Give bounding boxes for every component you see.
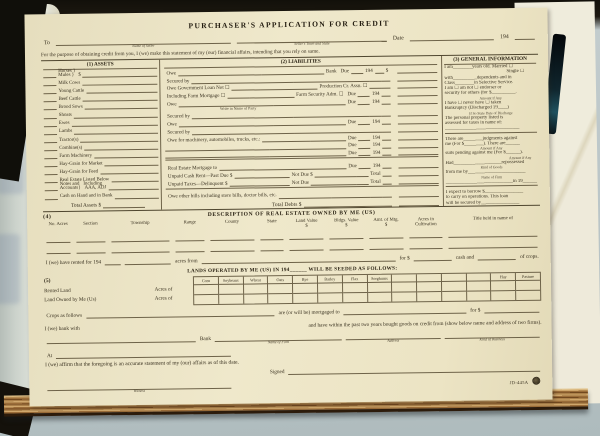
year-blank — [383, 172, 392, 177]
real-estate-column-header: Section — [73, 221, 108, 231]
liability-blank — [293, 77, 369, 83]
real-estate-column: No. Acres — [43, 222, 73, 254]
crop-entry-blank — [492, 291, 516, 300]
real-estate-column: Township — [108, 221, 173, 254]
asset-value-blank — [105, 161, 159, 167]
crop-entry-blank — [343, 283, 367, 293]
year-blank — [382, 143, 391, 148]
real-estate-entry-blank — [290, 229, 324, 240]
asset-value-blank — [83, 96, 158, 102]
asset-qty-blank — [44, 130, 57, 135]
asset-qty-blank — [43, 89, 56, 94]
year-blank — [383, 179, 392, 184]
form-number: JD-445A — [510, 380, 529, 385]
asset-label: Horses } Mules } — [56, 69, 77, 78]
cash-and-label: cash and — [456, 255, 474, 261]
asset-label: Hay-Grain for Market — [57, 162, 104, 167]
year-blank — [382, 128, 391, 133]
asset-value-blank — [84, 145, 158, 151]
real-estate-entry-blank — [409, 238, 443, 249]
due-date-blank — [359, 151, 371, 156]
crop-entry-blank — [268, 284, 292, 294]
ink-smudge — [0, 234, 20, 304]
real-estate-column: Amt. of Mtg.$ — [366, 217, 406, 250]
crop-entry-blank — [293, 284, 317, 294]
firm-address-blank: Address — [346, 334, 441, 340]
crop-column: Pasture — [516, 273, 540, 300]
form-page: PURCHASER'S APPLICATION FOR CREDIT To Na… — [24, 8, 552, 407]
crop-entry-blank — [194, 285, 218, 295]
seller-name-blank: Name of Seller — [56, 39, 231, 46]
liability-blank — [274, 120, 346, 126]
real-estate-column-header: Land Value$ — [287, 219, 327, 230]
cash-amount-blank — [414, 256, 452, 261]
crop-entry-blank — [318, 283, 342, 293]
asset-row: Hay-Grain for Feed — [44, 166, 158, 176]
crop-entry-blank — [392, 292, 416, 301]
year-blank — [382, 92, 391, 97]
mortgaged-to-label: are (or will be) mortgaged to — [279, 309, 340, 316]
liability-blank — [315, 172, 356, 178]
real-estate-column-header: Amt. of Mtg.$ — [366, 217, 406, 228]
to-label: To — [44, 40, 50, 46]
crop-column: Oats — [268, 276, 293, 303]
asset-row: Brood Sows — [44, 101, 158, 111]
real-estate-entry-blank — [76, 242, 105, 253]
due-date-blank — [359, 164, 371, 169]
asset-label: Farm Machinery — [57, 154, 94, 159]
real-estate-entry-blank — [449, 237, 538, 249]
asset-label: Notes andIncluding Accounts}AAA, ADJ — [58, 182, 109, 191]
for-dollar-label: for $ — [400, 255, 410, 261]
crop-entry-blank — [516, 281, 540, 291]
crop-entry-blank — [467, 291, 491, 300]
bank-caption: Bank — [200, 336, 211, 342]
total-assets-blank — [103, 202, 145, 208]
crop-entry-blank — [467, 281, 491, 291]
liability-blank — [234, 173, 289, 179]
due-date-blank — [370, 128, 382, 133]
liability-blank — [274, 100, 346, 106]
crop-column — [417, 274, 442, 301]
real-estate-entry-blank — [330, 239, 364, 250]
liability-blank — [331, 192, 371, 198]
amount-blank — [399, 163, 439, 169]
bank-name-blank — [47, 337, 196, 344]
real-estate-entry-blank — [409, 227, 443, 238]
crop-entry-blank — [194, 295, 218, 304]
firm-caption: Name of Firm — [215, 339, 342, 345]
asset-label: Cash on Hand and in Bank — [58, 194, 115, 199]
real-estate-column: State — [257, 219, 287, 251]
asset-qty-blank — [44, 114, 57, 119]
address-caption: Address — [346, 338, 441, 344]
crop-column: Corn — [194, 277, 219, 304]
liability-blank — [292, 164, 347, 170]
year-blank — [381, 84, 390, 89]
firm-business-blank: Kind of Business — [445, 333, 540, 339]
main-columns: (1) ASSETS Horses } Mules } $ Milk Cows — [41, 54, 540, 212]
assets-column: (1) ASSETS Horses } Mules } $ Milk Cows — [41, 60, 161, 212]
year-blank — [375, 69, 384, 74]
crop-entry-blank — [491, 281, 515, 291]
amount-blank — [398, 119, 438, 125]
asset-label: Ewes — [57, 122, 72, 126]
asset-value-blank — [86, 88, 158, 94]
year-blank — [382, 112, 391, 117]
lands-row-labels: (5) Rented Land Acres of Land Owned by M… — [44, 276, 193, 307]
asset-row: Combine(s) — [44, 142, 158, 152]
firm-name-blank: Name of Firm — [215, 335, 342, 342]
due-date-blank — [356, 180, 368, 185]
asset-qty-blank — [45, 195, 58, 200]
asset-row: Tractor(s) — [44, 133, 158, 143]
year-blank — [383, 192, 392, 197]
asset-label: Young Cattle — [56, 90, 86, 95]
general-info-lines: I am________years old. Married ☐Single ☐… — [444, 64, 538, 206]
crop-entry-blank — [442, 292, 466, 301]
crop-column — [392, 274, 417, 301]
real-estate-entry-blank — [260, 229, 284, 240]
amount-blank — [398, 135, 438, 141]
amount-blank — [399, 171, 439, 177]
liability-blank — [229, 181, 289, 187]
asset-qty-blank — [43, 81, 56, 86]
section-4-number: (4) — [43, 214, 51, 220]
real-estate-entry-blank — [176, 241, 205, 252]
due-date-blank — [371, 202, 383, 207]
amount-blank — [398, 111, 438, 117]
year-blank — [383, 202, 392, 207]
real-estate-column-header: State — [257, 219, 287, 229]
real-estate-entry-blank — [210, 240, 254, 252]
lands-operated-section: (5) Rented Land Acres of Land Owned by M… — [44, 272, 541, 308]
due-date-blank — [369, 76, 381, 81]
asset-row: Young Cattle — [43, 85, 157, 95]
of-crops-label: of crops. — [520, 254, 539, 260]
seller-name-caption: Name of Seller — [56, 43, 231, 50]
asset-label: Combine(s) — [57, 146, 84, 151]
asset-value-blank — [82, 80, 157, 86]
liability-blank — [269, 144, 346, 150]
signature-blank — [289, 367, 541, 375]
asset-row: Ewes — [44, 117, 158, 127]
real-estate-entry-blank — [176, 230, 205, 241]
asset-label: Milk Cows — [56, 82, 82, 87]
rented-year-blank — [105, 260, 121, 265]
at-blank — [56, 352, 231, 359]
crop-entry-blank — [442, 282, 466, 292]
real-estate-entry-blank — [111, 231, 170, 243]
year-blank — [382, 135, 391, 140]
liability-blank — [261, 69, 323, 75]
crop-entry-blank — [417, 292, 441, 301]
crop-entry-blank — [244, 284, 268, 294]
asset-qty-blank — [45, 170, 58, 175]
asset-row: Lambs — [44, 125, 158, 135]
real-estate-entry-blank — [46, 243, 70, 254]
date-label: Date — [393, 35, 404, 41]
liabilities-column: (2) LIABILITIES Owe Bank Due 194 $ — [159, 56, 444, 210]
year-blank — [382, 151, 391, 156]
liability-blank — [311, 180, 356, 186]
union-label-emblem — [532, 377, 540, 385]
signed-label: Signed — [270, 369, 285, 375]
crops-blank — [86, 311, 275, 318]
amount-blank — [398, 91, 438, 97]
due-date-blank — [358, 120, 370, 125]
general-info-column: (3) GENERAL INFORMATION I am________year… — [442, 55, 540, 206]
liability-blank — [227, 94, 249, 99]
asset-label: Hay-Grain for Feed — [58, 170, 101, 175]
date-blank — [410, 35, 494, 41]
asset-label: Brood Sows — [57, 106, 85, 111]
real-estate-column: Bldgs. Value$ — [326, 218, 366, 251]
asset-label: Lambs — [57, 130, 74, 135]
asset-value-blank — [80, 137, 158, 143]
assets-rows: Horses } Mules } $ Milk Cows — [43, 69, 159, 200]
asset-qty-blank — [44, 146, 57, 151]
asset-value-blank — [114, 193, 159, 199]
asset-row: Shoats — [44, 109, 158, 119]
to-date-line: To Name of Seller Seller's Town and Stat… — [41, 34, 538, 47]
real-estate-section: (4) DESCRIPTION OF REAL ESTATE OWNED BY … — [43, 208, 540, 255]
general-info-line: will be secured by________________ — [446, 200, 538, 206]
seller-town-blank: Seller's Town and State — [237, 37, 387, 44]
asset-row: Beef Cattle — [44, 93, 158, 103]
amount-blank — [398, 127, 438, 133]
year-blank — [381, 76, 390, 81]
crop-entry-blank — [368, 283, 392, 293]
due-date-blank — [356, 172, 368, 177]
asset-label: Shoats — [57, 114, 74, 119]
amount-blank — [397, 68, 437, 74]
asset-qty-blank — [44, 162, 57, 167]
liability-blank — [303, 202, 342, 208]
crops-as-follows-label: Crops as follows — [46, 313, 82, 319]
real-estate-heading: DESCRIPTION OF REAL ESTATE OWNED BY ME (… — [208, 210, 376, 218]
asset-row: Notes andIncluding Accounts}AAA, ADJ — [45, 182, 159, 192]
liability-blank — [250, 93, 295, 99]
asset-value-blank — [94, 153, 159, 159]
real-estate-entry-blank — [330, 228, 364, 239]
liability-blank — [260, 85, 317, 91]
real-estate-column-header: Range — [172, 220, 207, 230]
business-caption: Kind of Business — [445, 337, 540, 343]
real-estate-column-header: Bldgs. Value$ — [326, 218, 366, 229]
year-blank — [382, 100, 391, 105]
asset-label: Tractor(s) — [57, 138, 80, 143]
liability-blank — [232, 86, 261, 91]
real-estate-table: No. Acres Section Township — [43, 216, 540, 255]
amount-blank — [397, 76, 437, 82]
asset-value-blank — [82, 72, 158, 78]
crop-column: Hay — [491, 273, 516, 300]
asset-row: Cash on Hand and in Bank — [45, 190, 159, 200]
liabilities-rows: Owe Bank Due 194 $ Secured by — [164, 65, 439, 210]
real-estate-entry-blank — [369, 228, 403, 239]
amount-blank — [399, 192, 439, 198]
crop-entry-blank — [392, 282, 416, 292]
asset-row: Farm Machinery — [44, 150, 158, 160]
year-prefix: 194 — [500, 34, 509, 40]
crop-entry-blank — [368, 293, 392, 302]
amount-blank — [399, 201, 439, 207]
liability-blank — [279, 193, 332, 199]
asset-label: Beef Cattle — [57, 98, 83, 103]
crop-entry-blank — [343, 293, 367, 302]
rented-from-blank — [202, 257, 396, 265]
real-estate-column-header: Acres inCultivation — [406, 217, 446, 228]
witness-line: Witness JD-445A — [45, 376, 542, 392]
asset-value-blank — [100, 169, 159, 175]
liability-blank — [219, 165, 292, 171]
real-estate-column: Title held in name of — [446, 216, 541, 249]
crop-entry-blank — [318, 293, 342, 302]
crop-column: Rye — [293, 276, 318, 303]
real-estate-entry-blank — [46, 232, 70, 243]
crop-column: Soybeans — [219, 277, 244, 304]
real-estate-entry-blank — [210, 229, 254, 241]
year-blank — [383, 164, 392, 169]
crop-column — [467, 273, 492, 300]
mortgage-amount-blank — [484, 308, 539, 314]
asset-qty-blank — [44, 138, 57, 143]
asset-qty-blank — [45, 178, 58, 183]
amount-blank — [399, 179, 439, 185]
asset-value-blank — [111, 177, 159, 183]
amount-blank — [397, 83, 437, 89]
crop-entry-blank — [269, 294, 293, 303]
asset-row: Hay-Grain for Market — [44, 158, 158, 168]
form-title: PURCHASER'S APPLICATION FOR CREDIT — [41, 17, 538, 33]
acres-from-label: acres from — [175, 258, 198, 264]
due-date-blank — [351, 69, 363, 74]
crop-column: Barley — [318, 275, 343, 302]
bank-with-label: I (we) bank with — [45, 326, 80, 332]
amount-blank — [398, 99, 438, 105]
amount-blank — [398, 150, 438, 156]
asset-qty-blank — [43, 73, 56, 78]
total-assets-row: Total Assets $ — [45, 198, 159, 208]
real-estate-entry-blank — [290, 240, 324, 251]
asset-qty-blank — [44, 105, 57, 110]
due-date-blank — [369, 84, 381, 89]
crop-column: Sorghums — [367, 275, 392, 302]
credit-history-text: and have within the past two years bough… — [309, 320, 542, 329]
witness-caption: Witness — [47, 388, 231, 395]
liability-blank — [310, 136, 346, 141]
due-date-blank — [358, 92, 370, 97]
crop-entry-blank — [516, 291, 540, 300]
real-estate-column: Land Value$ — [287, 219, 327, 252]
real-estate-entry-blank — [76, 231, 105, 242]
liability-blank — [269, 152, 346, 158]
due-date-blank — [371, 192, 383, 197]
real-estate-column-header: No. Acres — [43, 222, 73, 232]
witness-blank: Witness — [47, 384, 231, 391]
asset-value-blank — [85, 104, 158, 110]
crop-entry-blank — [244, 294, 268, 303]
photo-of-open-credit-book: PURCHASER'S APPLICATION FOR CREDIT To Na… — [0, 0, 600, 436]
asset-value-blank — [108, 185, 159, 191]
real-estate-column: Range — [172, 220, 207, 252]
liability-blank — [294, 128, 370, 134]
asset-row: Milk Cows — [43, 77, 157, 87]
asset-qty-blank — [45, 186, 58, 191]
real-estate-column: Acres inCultivation — [406, 217, 446, 250]
liability-blank — [262, 136, 310, 142]
asset-qty-blank — [44, 154, 57, 159]
real-estate-column: Section — [73, 221, 108, 253]
year-blank — [382, 120, 391, 125]
real-estate-entry-blank — [260, 240, 284, 251]
real-estate-column-header: County — [207, 219, 257, 230]
liability-blank — [294, 112, 370, 118]
rented-label: I (we) have rented for 194 — [46, 259, 102, 266]
real-estate-entry-blank — [369, 239, 403, 250]
year-blank — [515, 35, 535, 40]
crop-share-blank — [478, 255, 516, 260]
crops-table: Corn Soybeans Wheat Oats Rye — [193, 272, 541, 306]
crop-entry-blank — [293, 294, 317, 303]
liability-blank — [342, 202, 371, 207]
rented-acres-blank — [125, 260, 171, 266]
due-date-blank — [359, 143, 371, 148]
crop-entry-blank — [219, 285, 243, 295]
crop-entry-blank — [417, 282, 441, 292]
crop-column: Wheat — [244, 276, 269, 303]
mortgagee-blank — [344, 309, 467, 316]
total-assets-label: Total Assets $ — [71, 202, 101, 208]
due-date-blank — [370, 112, 382, 117]
seller-town-caption: Seller's Town and State — [237, 41, 387, 48]
asset-qty-blank — [44, 97, 57, 102]
at-label: At — [47, 353, 52, 359]
asset-qty-blank — [44, 122, 57, 127]
crop-column: Flax — [343, 275, 368, 302]
real-estate-column: County — [207, 219, 257, 252]
asset-row: Horses } Mules } $ — [43, 69, 157, 79]
crop-entry-blank — [219, 295, 243, 304]
mortgage-amount-label: for $ — [470, 307, 480, 313]
due-date-blank — [358, 136, 370, 141]
due-date-blank — [358, 100, 370, 105]
real-estate-entry-blank — [111, 242, 170, 254]
crop-column — [442, 274, 467, 301]
amount-blank — [398, 143, 438, 149]
